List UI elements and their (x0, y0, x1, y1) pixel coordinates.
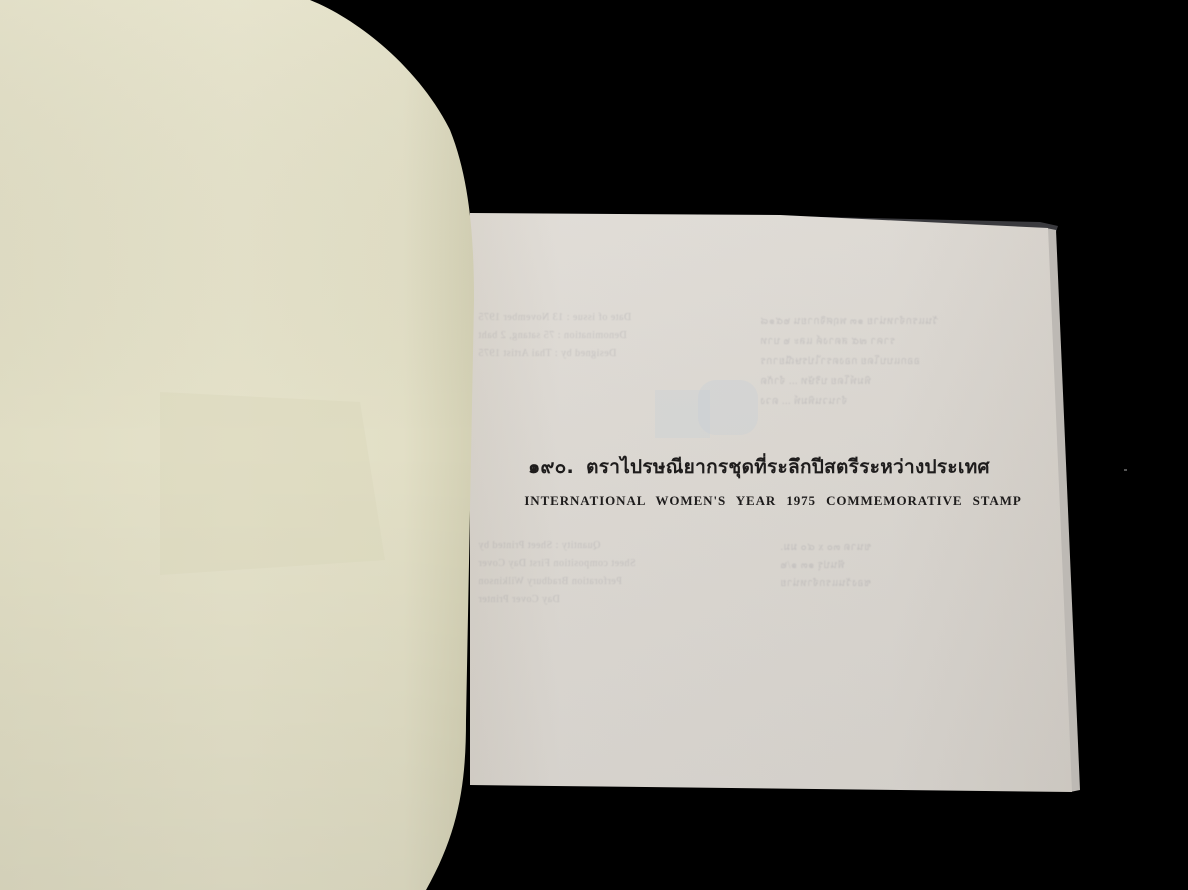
show-through-text: Day Cover Printer (478, 594, 560, 605)
show-through-text: Denomination : 75 satang, 2 baht (478, 330, 627, 341)
english-title: INTERNATIONAL WOMEN'S YEAR 1975 COMMEMOR… (516, 492, 1030, 510)
show-through-text: Date of issue : 13 November 1975 (478, 312, 631, 323)
stamp-heading: ๑๙๐.ตราไปรษณียากรชุดที่ระลึกปีสตรีระหว่า… (470, 452, 1030, 510)
show-through-text: จำนวนพิมพ์ ... ดวง (760, 394, 848, 409)
show-through-text: ขนาด ๓๐ x ๔๐ มม. (780, 540, 871, 555)
show-through-text: Quantity : Sheet Printed by (478, 540, 600, 551)
show-through-text: ซองวันแรกจำหน่าย (780, 576, 871, 591)
show-through-text: Designed by : Thai Artist 1975 (478, 348, 616, 359)
dust-speck (1124, 469, 1127, 471)
left-page (0, 0, 480, 890)
show-through-text: ฟันปรุ ๑๓ ๑/๒ (780, 558, 845, 573)
show-through-text: พิมพ์โดย บริษัท ... จำกัด (760, 374, 871, 389)
show-through-text: ราคา ๗๕ สตางค์ และ ๒ บาท (760, 334, 895, 349)
show-through-text: Sheet composition First Day Cover (478, 558, 636, 569)
photo-background: Date of issue : 13 November 1975 Denomin… (0, 0, 1188, 890)
show-through-text: Perforation Bradbury Wilkinson (478, 576, 622, 587)
thai-title: ๑๙๐.ตราไปรษณียากรชุดที่ระลึกปีสตรีระหว่า… (488, 452, 1030, 482)
show-through-text: ออกแบบโดย กองตราไปรษณียากร (760, 354, 920, 369)
show-through-text: วันแรกจำหน่าย ๑๓ พฤศจิกายน ๒๕๑๘ (760, 314, 938, 329)
thai-title-text: ตราไปรษณียากรชุดที่ระลึกปีสตรีระหว่างประ… (586, 456, 990, 478)
entry-number: ๑๙๐. (528, 456, 574, 478)
